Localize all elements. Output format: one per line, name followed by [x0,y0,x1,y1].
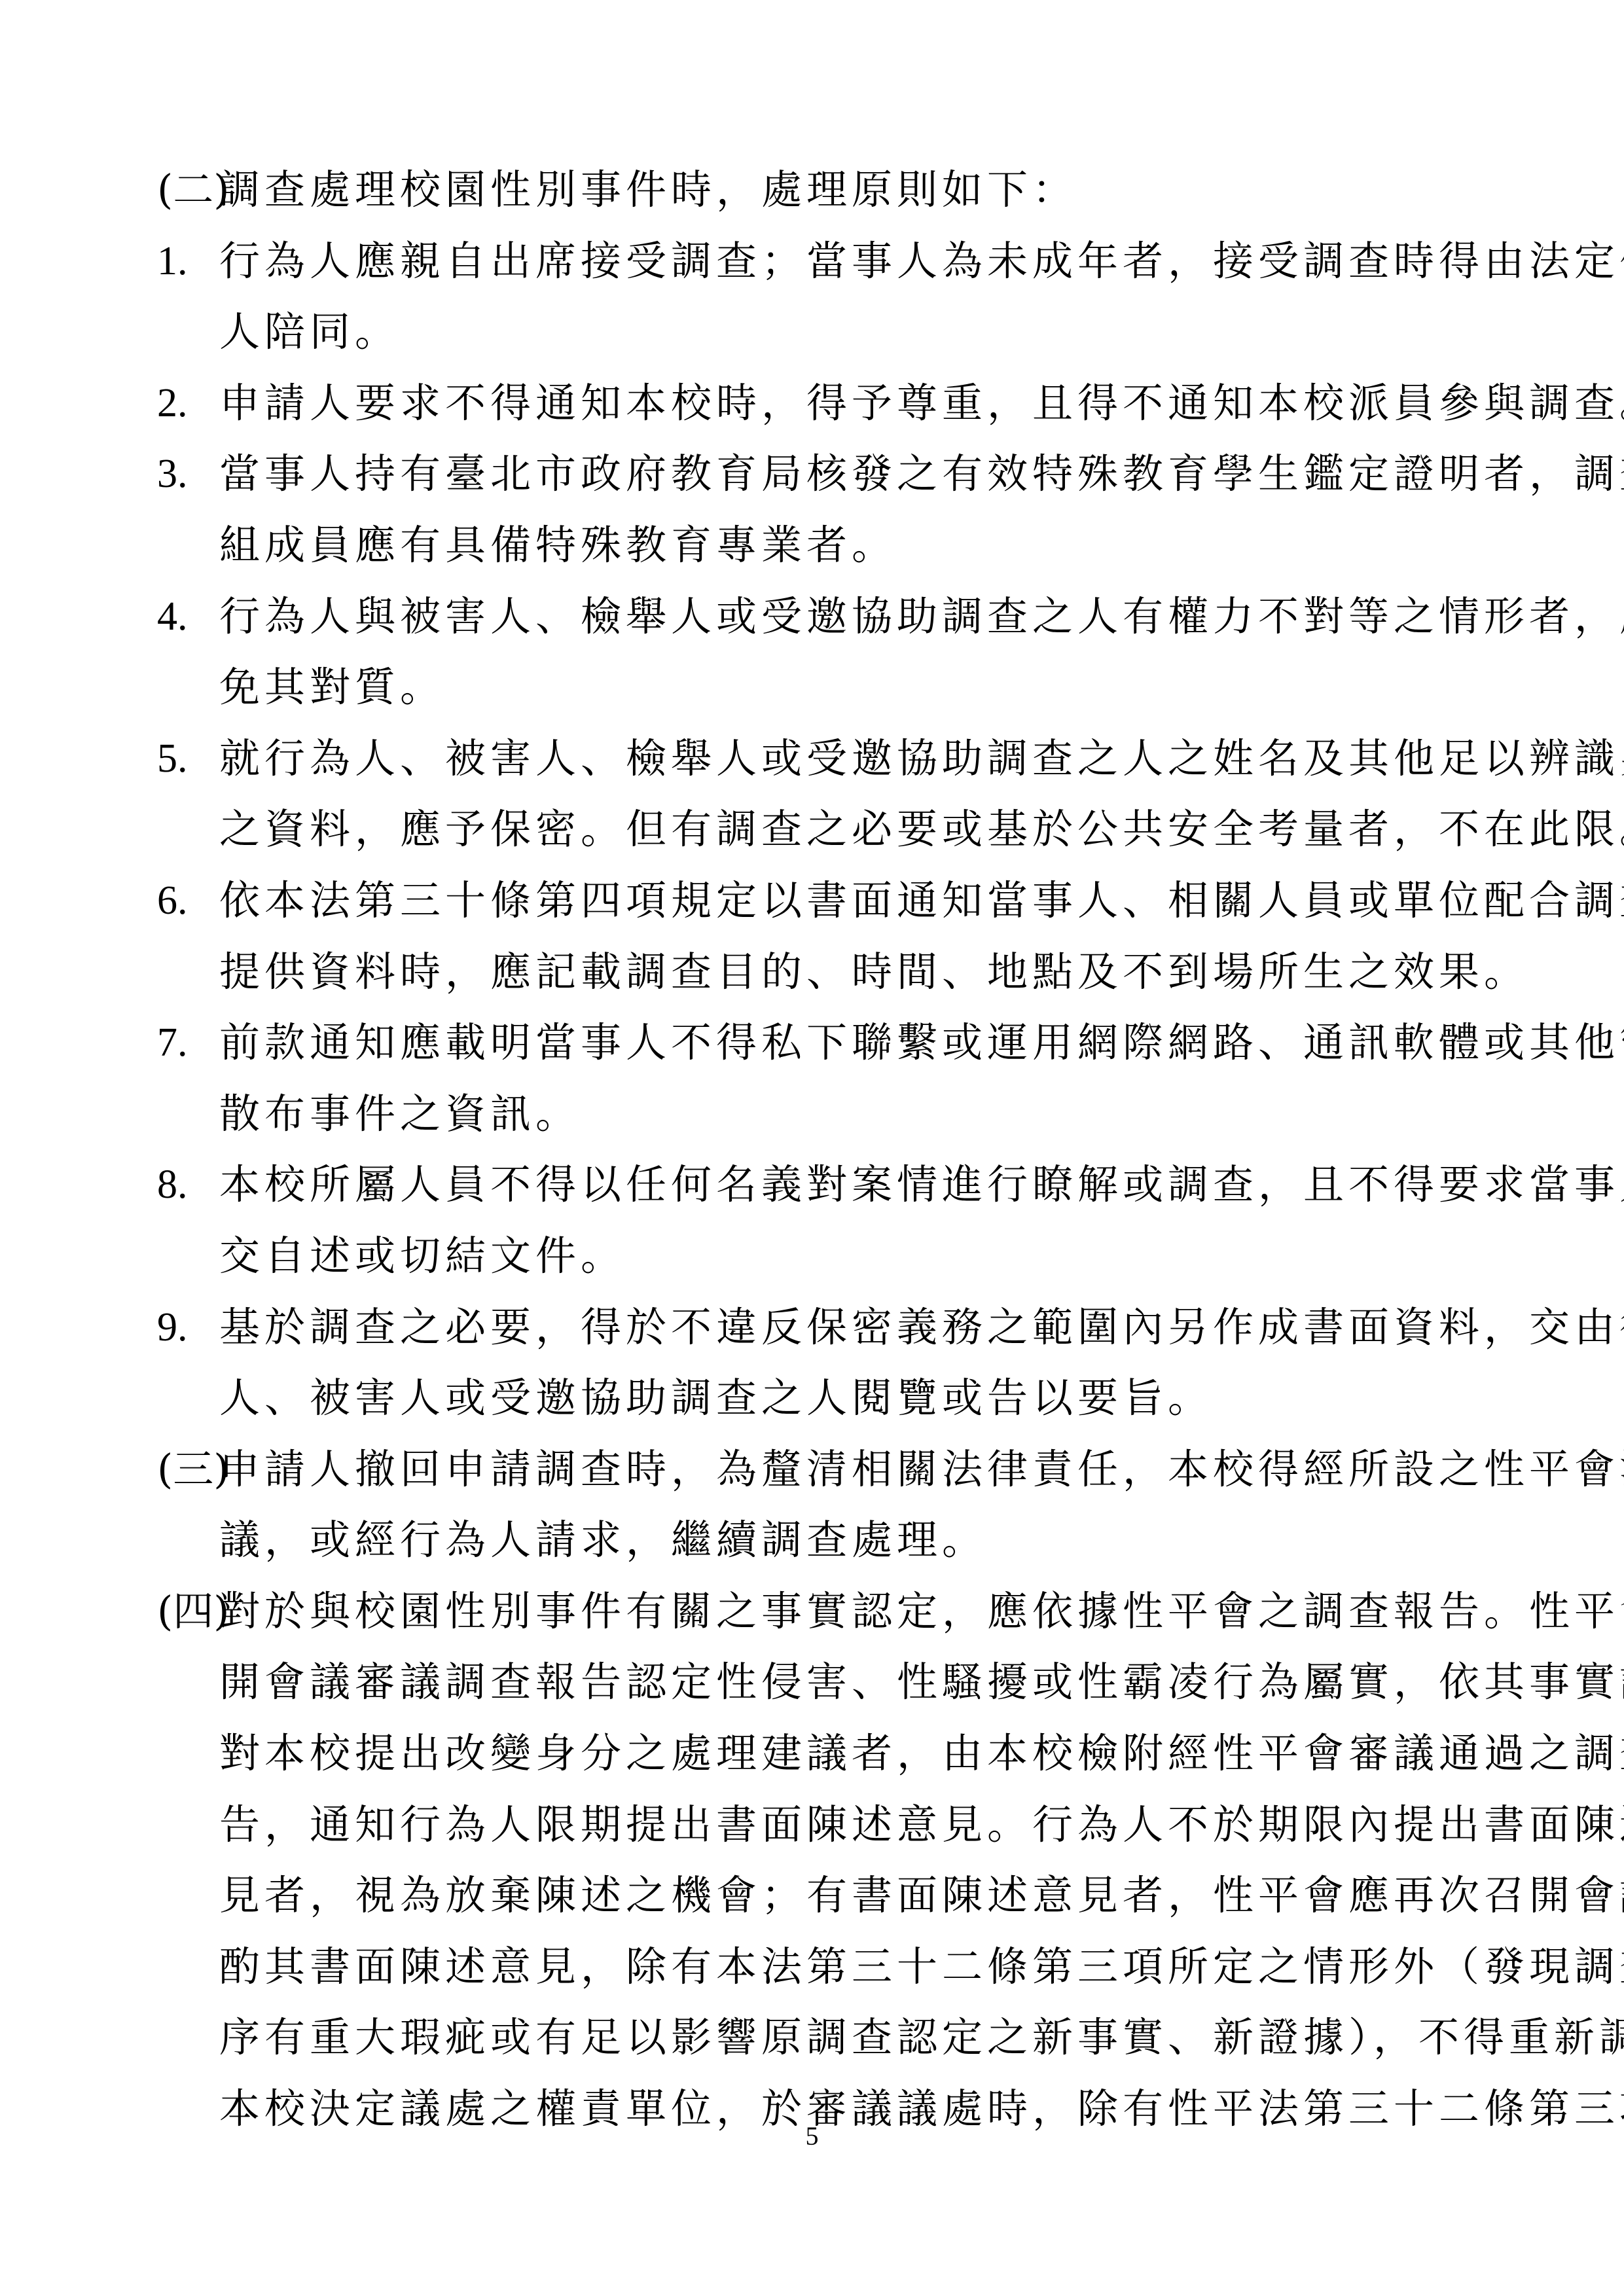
section-continuation: 序有重大瑕疵或有足以影響原調查認定之新事實、新證據），不得重新調查。 [157,2002,1470,2073]
item-text: 提供資料時，應記載調查目的、時間、地點及不到場所生之效果。 [219,937,1529,1008]
item-number: 5. [157,723,188,795]
item-number: 9. [157,1292,188,1363]
list-item-continuation: 人、被害人或受邀協助調查之人閱覽或告以要旨。 [157,1363,1470,1434]
item-text: 就行為人、被害人、檢舉人或受邀協助調查之人之姓名及其他足以辨識身分 [219,723,1624,795]
section-continuation: 議，或經行為人請求，繼續調查處理。 [157,1505,1470,1576]
page-number: 5 [0,2121,1624,2151]
item-text: 本校所屬人員不得以任何名義對案情進行瞭解或調查，且不得要求當事人提 [219,1149,1624,1221]
list-item-continuation: 之資料，應予保密。但有調查之必要或基於公共安全考量者，不在此限。 [157,794,1470,865]
section-text: 告，通知行為人限期提出書面陳述意見。行為人不於期限內提出書面陳述意 [219,1789,1624,1861]
item-number: 6. [157,865,188,937]
section-text: 酌其書面陳述意見，除有本法第三十二條第三項所定之情形外（發現調查程 [219,1931,1624,2003]
list-item: 2. 申請人要求不得通知本校時，得予尊重，且得不通知本校派員參與調查。 [157,368,1470,439]
item-text: 交自述或切結文件。 [219,1221,626,1292]
list-item-continuation: 散布事件之資訊。 [157,1079,1470,1150]
section-continuation: 開會議審議調查報告認定性侵害、性騷擾或性霸凌行為屬實，依其事實認定 [157,1647,1470,1718]
section-marker: (三) [157,1434,229,1505]
section-text: 序有重大瑕疵或有足以影響原調查認定之新事實、新證據），不得重新調查。 [219,2002,1624,2073]
list-item: 4. 行為人與被害人、檢舉人或受邀協助調查之人有權力不對等之情形者，應避 [157,581,1470,653]
list-item: 3. 當事人持有臺北市政府教育局核發之有效特殊教育學生鑑定證明者，調查小 [157,439,1470,510]
item-text: 基於調查之必要，得於不違反保密義務之範圍內另作成書面資料，交由行為 [219,1292,1624,1363]
item-text: 申請人要求不得通知本校時，得予尊重，且得不通知本校派員參與調查。 [219,368,1624,439]
section-text: 開會議審議調查報告認定性侵害、性騷擾或性霸凌行為屬實，依其事實認定 [219,1647,1624,1718]
item-number: 7. [157,1007,188,1079]
list-item: 7. 前款通知應載明當事人不得私下聯繫或運用網際網路、通訊軟體或其他管道 [157,1007,1470,1079]
item-number: 8. [157,1149,188,1221]
section-text: 議，或經行為人請求，繼續調查處理。 [219,1505,987,1576]
list-item: 1. 行為人應親自出席接受調查；當事人為未成年者，接受調查時得由法定代理 [157,226,1470,297]
section-text: 見者，視為放棄陳述之機會；有書面陳述意見者，性平會應再次召開會議審 [219,1860,1624,1931]
document-body: (二) 調查處理校園性別事件時，處理原則如下： 1. 行為人應親自出席接受調查；… [157,154,1470,2145]
item-text: 免其對質。 [219,652,445,723]
section-continuation: 對本校提出改變身分之處理建議者，由本校檢附經性平會審議通過之調查報 [157,1718,1470,1789]
section-text: 對於與校園性別事件有關之事實認定，應依據性平會之調查報告。性平會召 [219,1576,1624,1647]
list-item-continuation: 交自述或切結文件。 [157,1221,1470,1292]
item-text: 人陪同。 [219,296,400,368]
section-continuation: 酌其書面陳述意見，除有本法第三十二條第三項所定之情形外（發現調查程 [157,1931,1470,2003]
section-heading: (三) 申請人撤回申請調查時，為釐清相關法律責任，本校得經所設之性平會決 [157,1434,1470,1505]
section-heading: (四) 對於與校園性別事件有關之事實認定，應依據性平會之調查報告。性平會召 [157,1576,1470,1647]
section-text: 申請人撤回申請調查時，為釐清相關法律責任，本校得經所設之性平會決 [219,1434,1624,1505]
list-item-continuation: 免其對質。 [157,652,1470,723]
document-page: (二) 調查處理校園性別事件時，處理原則如下： 1. 行為人應親自出席接受調查；… [0,0,1624,2296]
section-marker: (二) [157,154,229,226]
list-item: 8. 本校所屬人員不得以任何名義對案情進行瞭解或調查，且不得要求當事人提 [157,1149,1470,1221]
item-number: 1. [157,226,188,297]
item-text: 之資料，應予保密。但有調查之必要或基於公共安全考量者，不在此限。 [219,794,1624,865]
item-text: 當事人持有臺北市政府教育局核發之有效特殊教育學生鑑定證明者，調查小 [219,439,1624,510]
item-text: 行為人應親自出席接受調查；當事人為未成年者，接受調查時得由法定代理 [219,226,1624,297]
section-text: 調查處理校園性別事件時，處理原則如下： [219,154,1077,226]
section-marker: (四) [157,1576,229,1647]
section-continuation: 告，通知行為人限期提出書面陳述意見。行為人不於期限內提出書面陳述意 [157,1789,1470,1861]
item-text: 散布事件之資訊。 [219,1079,581,1150]
item-text: 人、被害人或受邀協助調查之人閱覽或告以要旨。 [219,1363,1213,1434]
list-item-continuation: 提供資料時，應記載調查目的、時間、地點及不到場所生之效果。 [157,937,1470,1008]
section-heading: (二) 調查處理校園性別事件時，處理原則如下： [157,154,1470,226]
item-number: 4. [157,581,188,653]
list-item: 6. 依本法第三十條第四項規定以書面通知當事人、相關人員或單位配合調查及 [157,865,1470,937]
item-text: 前款通知應載明當事人不得私下聯繫或運用網際網路、通訊軟體或其他管道 [219,1007,1624,1079]
section-continuation: 見者，視為放棄陳述之機會；有書面陳述意見者，性平會應再次召開會議審 [157,1860,1470,1931]
item-text: 依本法第三十條第四項規定以書面通知當事人、相關人員或單位配合調查及 [219,865,1624,937]
item-text: 行為人與被害人、檢舉人或受邀協助調查之人有權力不對等之情形者，應避 [219,581,1624,653]
list-item-continuation: 組成員應有具備特殊教育專業者。 [157,510,1470,581]
list-item: 5. 就行為人、被害人、檢舉人或受邀協助調查之人之姓名及其他足以辨識身分 [157,723,1470,795]
section-text: 對本校提出改變身分之處理建議者，由本校檢附經性平會審議通過之調查報 [219,1718,1624,1789]
list-item: 9. 基於調查之必要，得於不違反保密義務之範圍內另作成書面資料，交由行為 [157,1292,1470,1363]
item-number: 2. [157,368,188,439]
list-item-continuation: 人陪同。 [157,296,1470,368]
item-text: 組成員應有具備特殊教育專業者。 [219,510,897,581]
item-number: 3. [157,439,188,510]
